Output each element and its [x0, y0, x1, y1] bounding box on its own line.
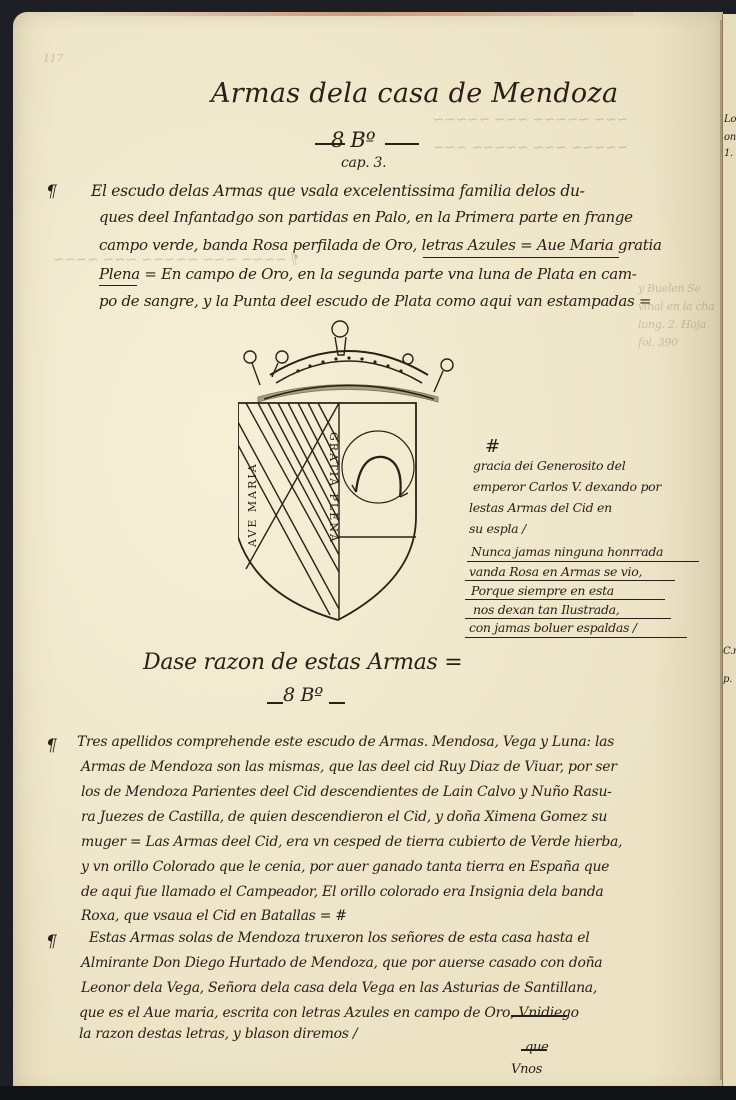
margin-note-line: emperor Carlos V. dexando por	[473, 479, 661, 494]
margin-verse-line: vanda Rosa en Armas se vio,	[469, 564, 642, 579]
bleed-through-text: ~~~~~ ~~~ ~~~~~ ~~~	[433, 140, 628, 156]
underline	[465, 599, 665, 600]
faint-margin-text: fol. 390	[638, 336, 678, 349]
text-line: y vn orillo Colorado que le cenia, por a…	[81, 859, 609, 875]
text-line: campo verde, banda Rosa perfilada de Oro…	[99, 236, 662, 254]
margin-verse-line: nos dexan tan Ilustrada,	[473, 602, 619, 617]
page-title: Armas dela casa de Mendoza	[211, 78, 618, 109]
margin-note-line: su espla /	[469, 521, 526, 536]
text-line: muger = Las Armas deel Cid, era vn cespe…	[81, 834, 622, 850]
underline	[99, 285, 137, 286]
text-line: Plena = En campo de Oro, en la segunda p…	[99, 265, 637, 283]
strikethrough	[521, 1049, 547, 1051]
paragraph-mark: ¶	[46, 182, 57, 202]
margin-note-mark: #	[485, 436, 500, 457]
paragraph-mark: ¶	[46, 736, 57, 756]
text-line: Estas Armas solas de Mendoza truxeron lo…	[89, 930, 589, 946]
text-line: ques deel Infantadgo son partidas en Pal…	[99, 208, 633, 226]
faint-margin-text: vinal en la cha	[638, 300, 714, 313]
faint-margin-text: y Buelen Se	[638, 282, 701, 295]
flourish-rule	[385, 143, 419, 145]
adjacent-page-fragment: Lo	[724, 114, 736, 125]
text-line: que es el Aue maria, escrita con letras …	[79, 1005, 579, 1021]
struck-catchword: que	[525, 1040, 549, 1055]
shield-drawing: AVE MARIA GRATIA PLENA	[238, 317, 468, 622]
faint-margin-text: lung. 2. Hoja	[638, 318, 706, 331]
text-line: de aqui fue llamado el Campeador, El ori…	[81, 884, 603, 900]
margin-verse-line: con jamas boluer espaldas /	[469, 620, 637, 635]
margin-verse-line: Nunca jamas ninguna honrrada	[471, 544, 663, 559]
margin-note-line: lestas Armas del Cid en	[469, 500, 612, 515]
text-line: Roxa, que vsaua el Cid en Batallas = #	[81, 908, 347, 924]
catchword: Vnos	[511, 1062, 542, 1077]
text-line: Tres apellidos comprehende este escudo d…	[77, 734, 614, 750]
text-line: Almirante Don Diego Hurtado de Mendoza, …	[81, 955, 602, 971]
underline	[423, 257, 619, 258]
text-line: Leonor dela Vega, Señora dela casa dela …	[81, 980, 597, 996]
margin-note-line: gracia dei Generosito del	[473, 458, 625, 473]
flourish-rule	[329, 702, 345, 704]
manuscript-page: ¶ ~~~~ ~~~ ~~~~~ ~~~ ~~~~ ~~~ ~~~~~ ~~~ …	[13, 12, 723, 1090]
adjacent-page-edge: Lo on 1. C.n p.	[722, 14, 736, 1086]
underline	[465, 637, 687, 638]
text-line: po de sangre, y la Punta deel escudo de …	[99, 292, 651, 310]
underline	[465, 580, 675, 581]
coat-of-arms: AVE MARIA GRATIA PLENA	[238, 317, 468, 622]
text-line: la razon destas letras, y blason diremos…	[79, 1026, 357, 1042]
chapter-label: cap. 3.	[341, 155, 386, 171]
adjacent-page-fragment: on	[724, 132, 736, 143]
margin-verse-line: Porque siempre en esta	[471, 583, 614, 598]
paragraph-mark: ¶	[46, 932, 57, 952]
shield-inscription-right: GRATIA PLENA	[327, 432, 340, 544]
adjacent-page-fragment: C.n	[723, 646, 736, 657]
folio-number: 117	[43, 52, 63, 65]
scan-background-edge	[0, 1086, 736, 1100]
text-line: Armas de Mendoza son las mismas, que las…	[81, 759, 617, 775]
underline	[467, 561, 699, 562]
text-line: los de Mendoza Parientes deel Cid descen…	[81, 784, 612, 800]
text-line: El escudo delas Armas que vsala excelent…	[91, 182, 585, 200]
adjacent-page-fragment: 1.	[724, 148, 733, 159]
section-flourish: 8 Bº	[331, 128, 375, 152]
section-heading: Dase razon de estas Armas =	[143, 650, 462, 675]
bleed-through-text: ~~~ ~~~~~ ~~~ ~~~~~	[433, 112, 628, 128]
adjacent-page-fragment: p.	[723, 674, 732, 685]
text-line: ra Juezes de Castilla, de quien descendi…	[81, 809, 607, 825]
shield-inscription-left: AVE MARIA	[246, 462, 259, 548]
strikethrough	[511, 1015, 567, 1017]
underline	[465, 618, 671, 619]
page-top-edge	[73, 12, 633, 16]
section-flourish: 8 Bº	[283, 684, 323, 706]
flourish-rule	[267, 702, 283, 704]
